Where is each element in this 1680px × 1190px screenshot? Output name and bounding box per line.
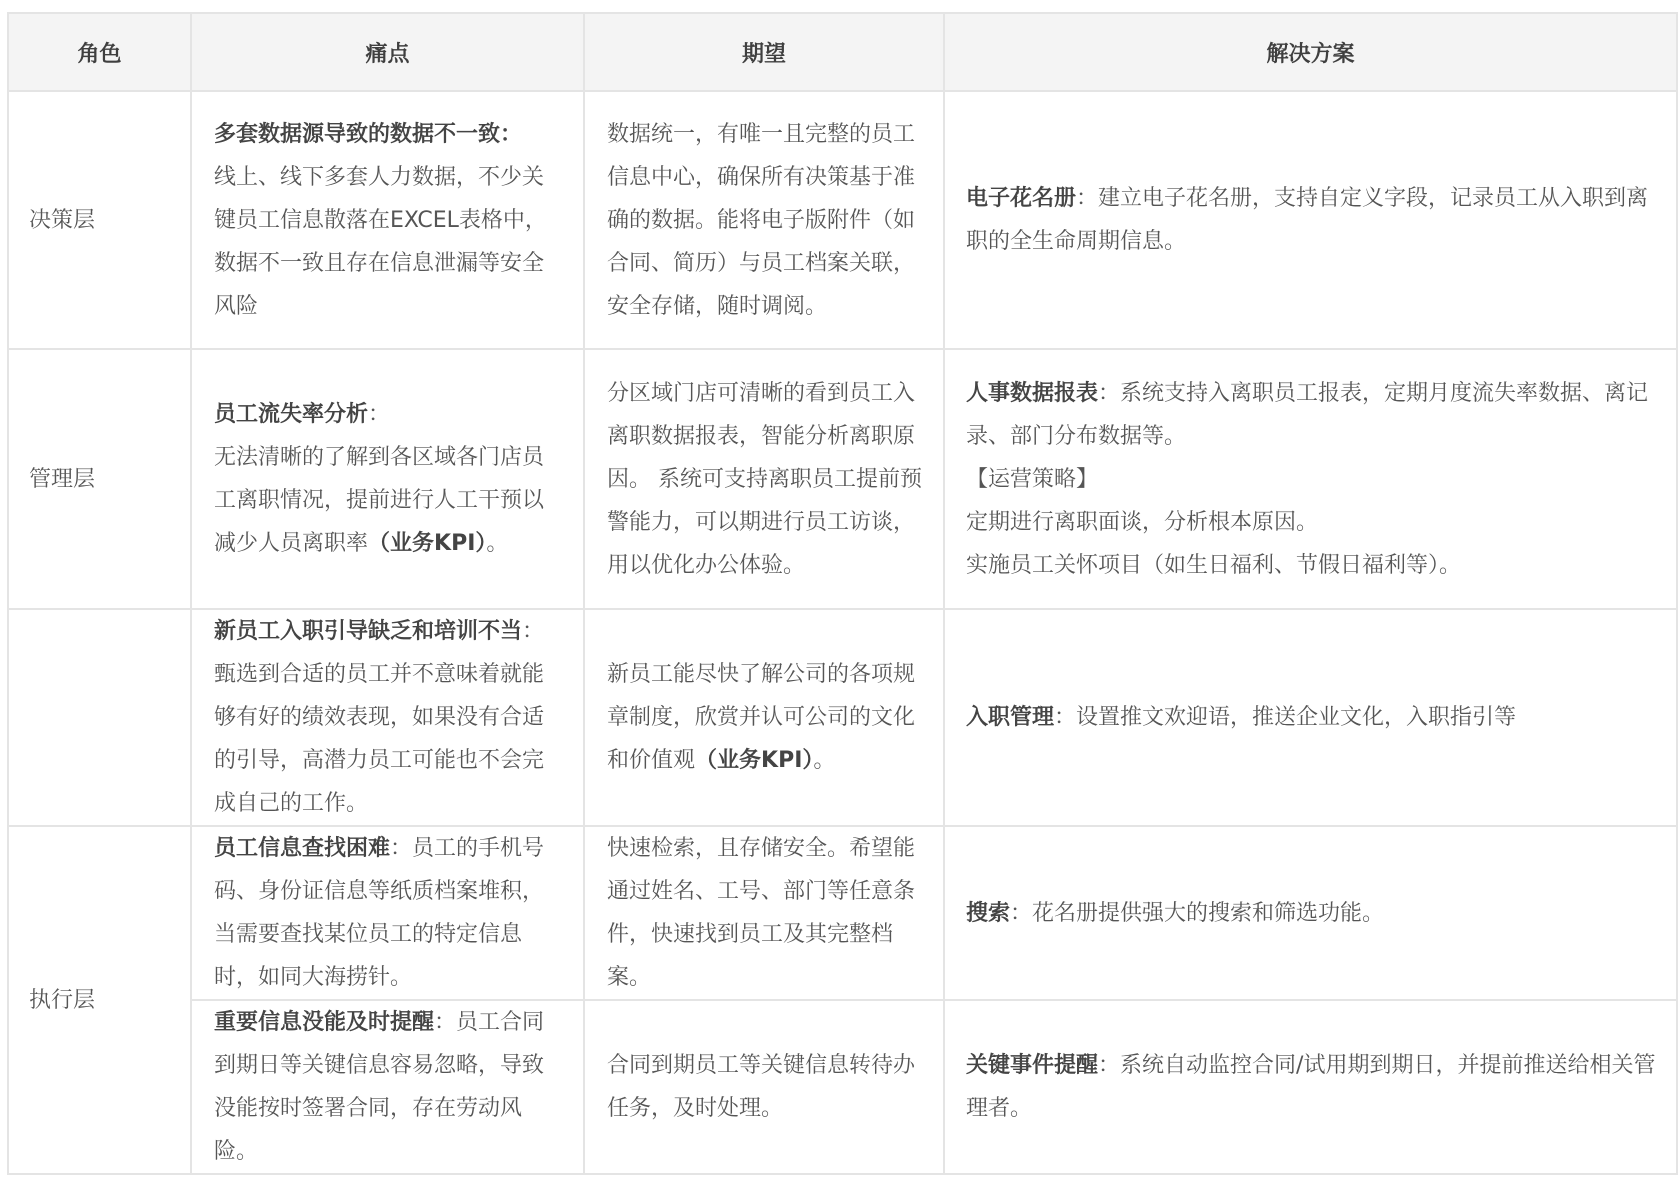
solution-title: 入职管理 bbox=[966, 705, 1054, 730]
solution-cell: 关键事件提醒：系统自动监控合同/试用期到期日，并提前推送给相关管理者。 bbox=[944, 1000, 1677, 1174]
table-row: 执行层 员工信息查找困难：员工的手机号码、身份证信息等纸质档案堆积，当需要查找某… bbox=[8, 826, 1677, 1000]
header-expectation: 期望 bbox=[584, 13, 944, 91]
solution-cell: 搜索：花名册提供强大的搜索和筛选功能。 bbox=[944, 826, 1677, 1000]
solution-cell: 入职管理：设置推文欢迎语，推送企业文化，入职指引等 bbox=[944, 609, 1677, 826]
solution-title: 人事数据报表 bbox=[966, 381, 1098, 406]
solution-strategy-heading: 【运营策略】 bbox=[966, 458, 1656, 501]
pain-point-tail: 。 bbox=[486, 531, 508, 556]
role-cell: 决策层 bbox=[8, 91, 191, 349]
solution-separator: ： bbox=[1098, 1053, 1120, 1078]
solution-title: 搜索 bbox=[966, 901, 1010, 926]
expectation-cell: 快速检索，且存储安全。希望能通过姓名、工号、部门等任意条件，快速找到员工及其完整… bbox=[584, 826, 944, 1000]
role-pain-solution-table: 角色 痛点 期望 解决方案 决策层 多套数据源导致的数据不一致：线上、线下多套人… bbox=[7, 12, 1678, 1175]
pain-point-body: 线上、线下多套人力数据，不少关键员工信息散落在EXCEL表格中，数据不一致且存在… bbox=[214, 165, 547, 319]
table-row: 决策层 多套数据源导致的数据不一致：线上、线下多套人力数据，不少关键员工信息散落… bbox=[8, 91, 1677, 349]
pain-point-cell: 员工流失率分析：无法清晰的了解到各区域各门店员工离职情况，提前进行人工干预以减少… bbox=[191, 349, 584, 609]
table-row: 新员工入职引导缺乏和培训不当： 甄选到合适的员工并不意味着就能够有好的绩效表现，… bbox=[8, 609, 1677, 826]
expectation-body: 合同到期员工等关键信息转待办任务，及时处理。 bbox=[607, 1053, 915, 1121]
pain-point-separator: ： bbox=[390, 836, 412, 861]
role-cell: 管理层 bbox=[8, 349, 191, 609]
header-role: 角色 bbox=[8, 13, 191, 91]
solution-separator: ： bbox=[1076, 186, 1098, 211]
solution-separator: ： bbox=[1010, 901, 1032, 926]
expectation-cell: 合同到期员工等关键信息转待办任务，及时处理。 bbox=[584, 1000, 944, 1174]
pain-point-kpi-emphasis: （业务KPI） bbox=[368, 531, 486, 556]
solution-separator: ： bbox=[1098, 381, 1120, 406]
solution-body: 花名册提供强大的搜索和筛选功能。 bbox=[1032, 901, 1384, 926]
expectation-body: 快速检索，且存储安全。希望能通过姓名、工号、部门等任意条件，快速找到员工及其完整… bbox=[607, 836, 915, 990]
pain-point-title: 重要信息没能及时提醒 bbox=[214, 1010, 434, 1035]
pain-point-title: 多套数据源导致的数据不一致： bbox=[214, 113, 565, 156]
pain-point-cell: 多套数据源导致的数据不一致：线上、线下多套人力数据，不少关键员工信息散落在EXC… bbox=[191, 91, 584, 349]
solution-title: 电子花名册 bbox=[966, 186, 1076, 211]
role-label: 执行层 bbox=[29, 988, 95, 1013]
table-row: 管理层 员工流失率分析：无法清晰的了解到各区域各门店员工离职情况，提前进行人工干… bbox=[8, 349, 1677, 609]
pain-point-cell: 新员工入职引导缺乏和培训不当： 甄选到合适的员工并不意味着就能够有好的绩效表现，… bbox=[191, 609, 584, 826]
solution-strategy-line: 定期进行离职面谈，分析根本原因。 bbox=[966, 501, 1656, 544]
header-solution: 解决方案 bbox=[944, 13, 1677, 91]
expectation-body: 分区域门店可清晰的看到员工入离职数据报表，智能分析离职原因。 系统可支持离职员工… bbox=[607, 381, 922, 578]
role-pain-solution-table-container: 角色 痛点 期望 解决方案 决策层 多套数据源导致的数据不一致：线上、线下多套人… bbox=[7, 12, 1676, 1175]
pain-point-title: 新员工入职引导缺乏和培训不当 bbox=[214, 619, 522, 644]
solution-cell: 电子花名册：建立电子花名册，支持自定义字段，记录员工从入职到离职的全生命周期信息… bbox=[944, 91, 1677, 349]
solution-cell: 人事数据报表：系统支持入离职员工报表，定期月度流失率数据、离记录、部门分布数据等… bbox=[944, 349, 1677, 609]
pain-point-body: 甄选到合适的员工并不意味着就能够有好的绩效表现，如果没有合适的引导，高潜力员工可… bbox=[214, 662, 544, 816]
solution-title: 关键事件提醒 bbox=[966, 1053, 1098, 1078]
table-header-row: 角色 痛点 期望 解决方案 bbox=[8, 13, 1677, 91]
pain-point-title: 员工信息查找困难 bbox=[214, 836, 390, 861]
pain-point-title: 员工流失率分析 bbox=[214, 402, 368, 427]
expectation-body: 数据统一，有唯一且完整的员工信息中心，确保所有决策基于准确的数据。能将电子版附件… bbox=[607, 122, 915, 319]
expectation-cell: 数据统一，有唯一且完整的员工信息中心，确保所有决策基于准确的数据。能将电子版附件… bbox=[584, 91, 944, 349]
expectation-cell: 新员工能尽快了解公司的各项规章制度，欣赏并认可公司的文化和价值观（业务KPI）。 bbox=[584, 609, 944, 826]
role-cell: 执行层 bbox=[8, 826, 191, 1174]
pain-point-cell: 员工信息查找困难：员工的手机号码、身份证信息等纸质档案堆积，当需要查找某位员工的… bbox=[191, 826, 584, 1000]
role-label: 决策层 bbox=[29, 208, 95, 233]
solution-strategy-line: 实施员工关怀项目（如生日福利、节假日福利等）。 bbox=[966, 544, 1656, 587]
header-pain-point: 痛点 bbox=[191, 13, 584, 91]
pain-point-separator: ： bbox=[368, 402, 390, 427]
expectation-cell: 分区域门店可清晰的看到员工入离职数据报表，智能分析离职原因。 系统可支持离职员工… bbox=[584, 349, 944, 609]
role-label: 管理层 bbox=[29, 467, 95, 492]
table-row: 重要信息没能及时提醒：员工合同到期日等关键信息容易忽略，导致没能按时签署合同，存… bbox=[8, 1000, 1677, 1174]
pain-point-separator: ： bbox=[434, 1010, 456, 1035]
solution-separator: ： bbox=[1054, 705, 1076, 730]
pain-point-separator: ： bbox=[522, 619, 544, 644]
role-cell bbox=[8, 609, 191, 826]
pain-point-cell: 重要信息没能及时提醒：员工合同到期日等关键信息容易忽略，导致没能按时签署合同，存… bbox=[191, 1000, 584, 1174]
expectation-tail: 。 bbox=[813, 748, 835, 773]
solution-body: 设置推文欢迎语，推送企业文化，入职指引等 bbox=[1076, 705, 1516, 730]
expectation-kpi-emphasis: （业务KPI） bbox=[695, 748, 813, 773]
